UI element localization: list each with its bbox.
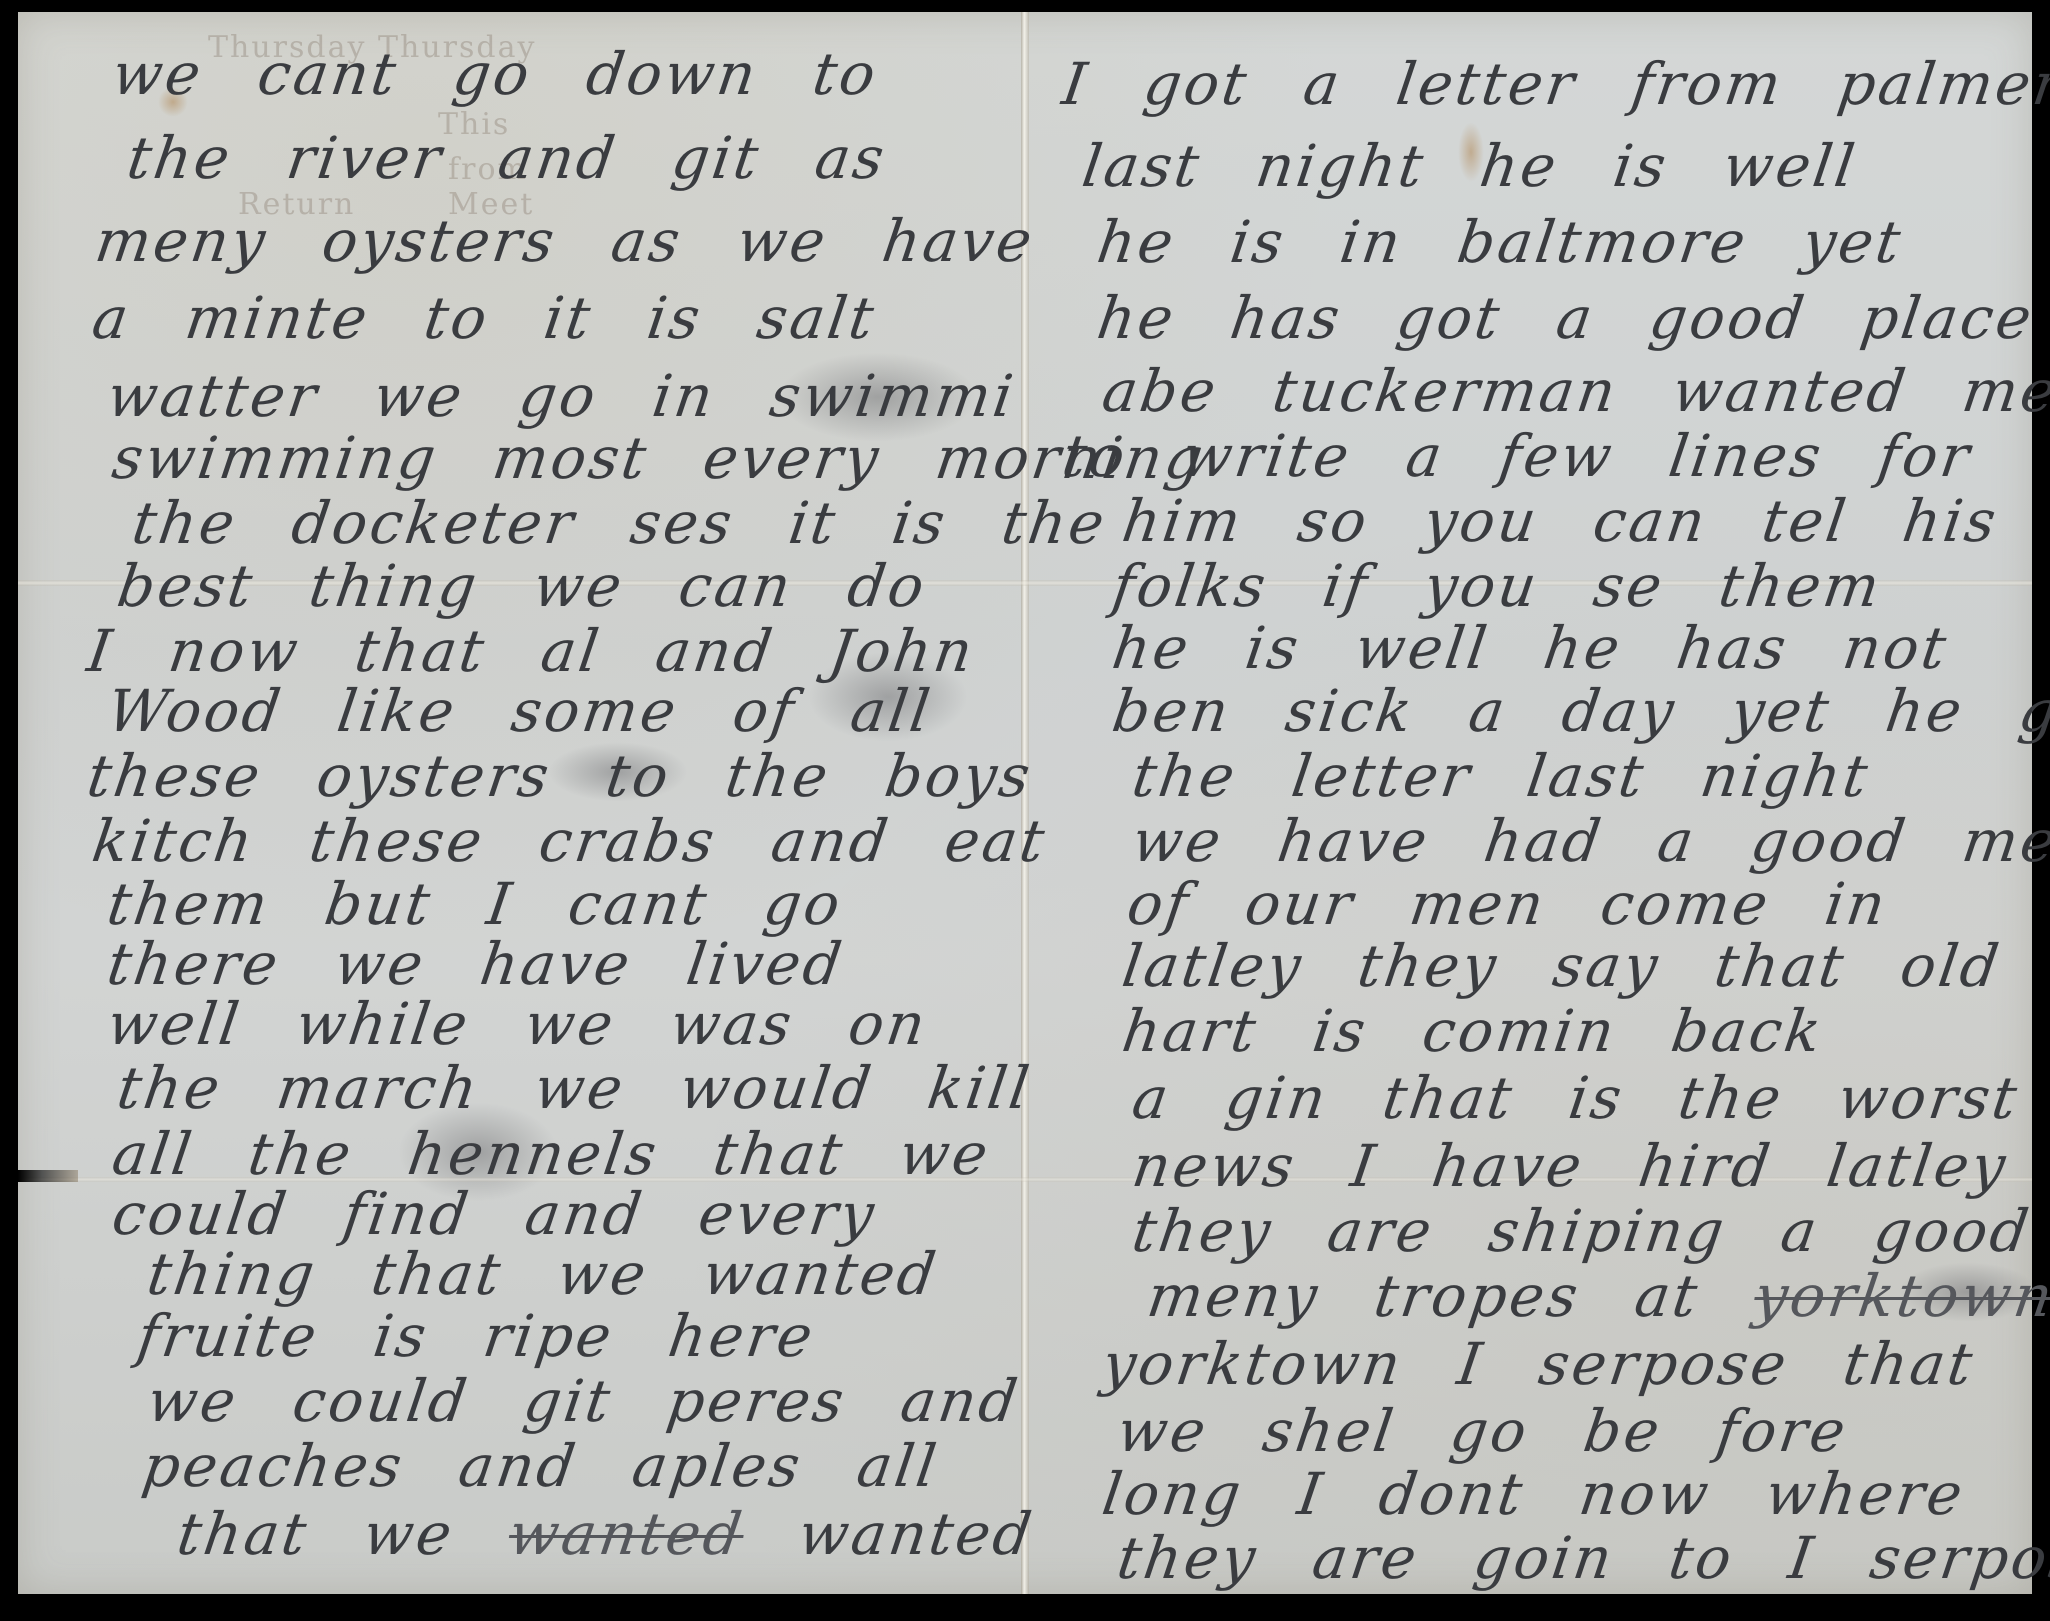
scanned-letter: Thursday Thursday This from Meet Return … — [0, 0, 2050, 1621]
handwritten-line: ben sick a day yet he got — [1108, 677, 2050, 745]
handwritten-line: last night he is well — [1078, 132, 1861, 200]
handwritten-line: yorktown I serpose that — [1098, 1330, 1979, 1398]
word: that — [173, 1500, 313, 1568]
handwritten-line: they are goin to I serpose — [1113, 1524, 2050, 1592]
handwritten-line: we could git peres and — [143, 1367, 1024, 1435]
handwritten-line: there we have lived — [103, 930, 848, 998]
handwritten-line: abe tuckerman wanted me — [1098, 357, 2050, 425]
handwritten-line: that we wanted wanted — [173, 1500, 1038, 1568]
handwritten-line: watter we go in swimmi — [103, 362, 1020, 430]
handwritten-line: the docketer ses it is the — [128, 489, 1111, 557]
handwritten-line: all the hennels that we — [108, 1120, 995, 1188]
handwritten-line: best thing we can do — [113, 552, 931, 620]
handwritten-line: him so you can tel his — [1118, 487, 2003, 555]
handwritten-line: he is well he has not — [1108, 614, 1953, 682]
handwritten-line: folks if you se them — [1108, 552, 1886, 620]
handwritten-line: long I dont now where — [1098, 1460, 1969, 1528]
handwritten-line: these oysters to the boys — [83, 742, 1037, 810]
paper-sheet: Thursday Thursday This from Meet Return … — [18, 12, 2032, 1594]
handwritten-line: they are shiping a good — [1128, 1197, 2035, 1265]
handwritten-line: meny tropes at yorktown — [1143, 1262, 2050, 1330]
handwritten-line: the march we would kill — [113, 1054, 1036, 1122]
handwritten-line: fruite is ripe here — [133, 1302, 819, 1370]
handwritten-line: hart is comin back — [1118, 997, 1828, 1065]
handwritten-line: a gin that is the worst — [1128, 1064, 2024, 1132]
handwritten-line: that we wanted wanted — [173, 1500, 1038, 1568]
handwritten-line: to write a few lines for — [1058, 422, 1976, 490]
struck-word: wanted — [505, 1500, 749, 1568]
handwritten-line: latley they say that old — [1118, 932, 2005, 1000]
word: meny — [1143, 1262, 1324, 1330]
handwritten-line: thing that we wanted — [143, 1240, 942, 1308]
word: we — [359, 1500, 459, 1568]
handwritten-line: peaches and aples all — [138, 1432, 943, 1500]
handwritten-line: news I have hird latley — [1128, 1132, 2012, 1200]
handwritten-line: the river and git as — [123, 124, 891, 192]
handwritten-line: a minte to it is salt — [88, 284, 880, 352]
handwritten-line: I got a letter from palmer — [1058, 50, 2050, 118]
handwritten-line: I now that al and John — [83, 617, 979, 685]
handwritten-line: of our men come in — [1123, 870, 1892, 938]
left-page: we cant go down to the river and git as … — [18, 12, 1023, 1594]
handwritten-line: well while we was on — [103, 990, 932, 1058]
handwritten-line: kitch these crabs and eat — [88, 807, 1051, 875]
word: tropes — [1370, 1262, 1585, 1330]
right-page: I got a letter from palmer last night he… — [1028, 12, 2032, 1594]
handwritten-line: he is in baltmore yet — [1093, 208, 1907, 276]
handwritten-line: them but I cant go — [103, 870, 847, 938]
handwritten-line: Wood like some of all — [103, 677, 937, 745]
handwritten-line: we cant go down to — [108, 40, 882, 108]
struck-word: yorktown — [1750, 1262, 2050, 1330]
handwritten-line: could find and every — [108, 1180, 881, 1248]
handwritten-line: the letter last night — [1128, 742, 1874, 810]
handwritten-line: we have had a good meny — [1128, 807, 2050, 875]
handwritten-line: he has got a good place — [1093, 284, 2038, 352]
handwritten-line: meny oysters as we have — [91, 207, 1039, 275]
handwritten-line: we shel go be fore — [1113, 1397, 1852, 1465]
word: at — [1631, 1262, 1704, 1330]
word: wanted — [794, 1500, 1038, 1568]
